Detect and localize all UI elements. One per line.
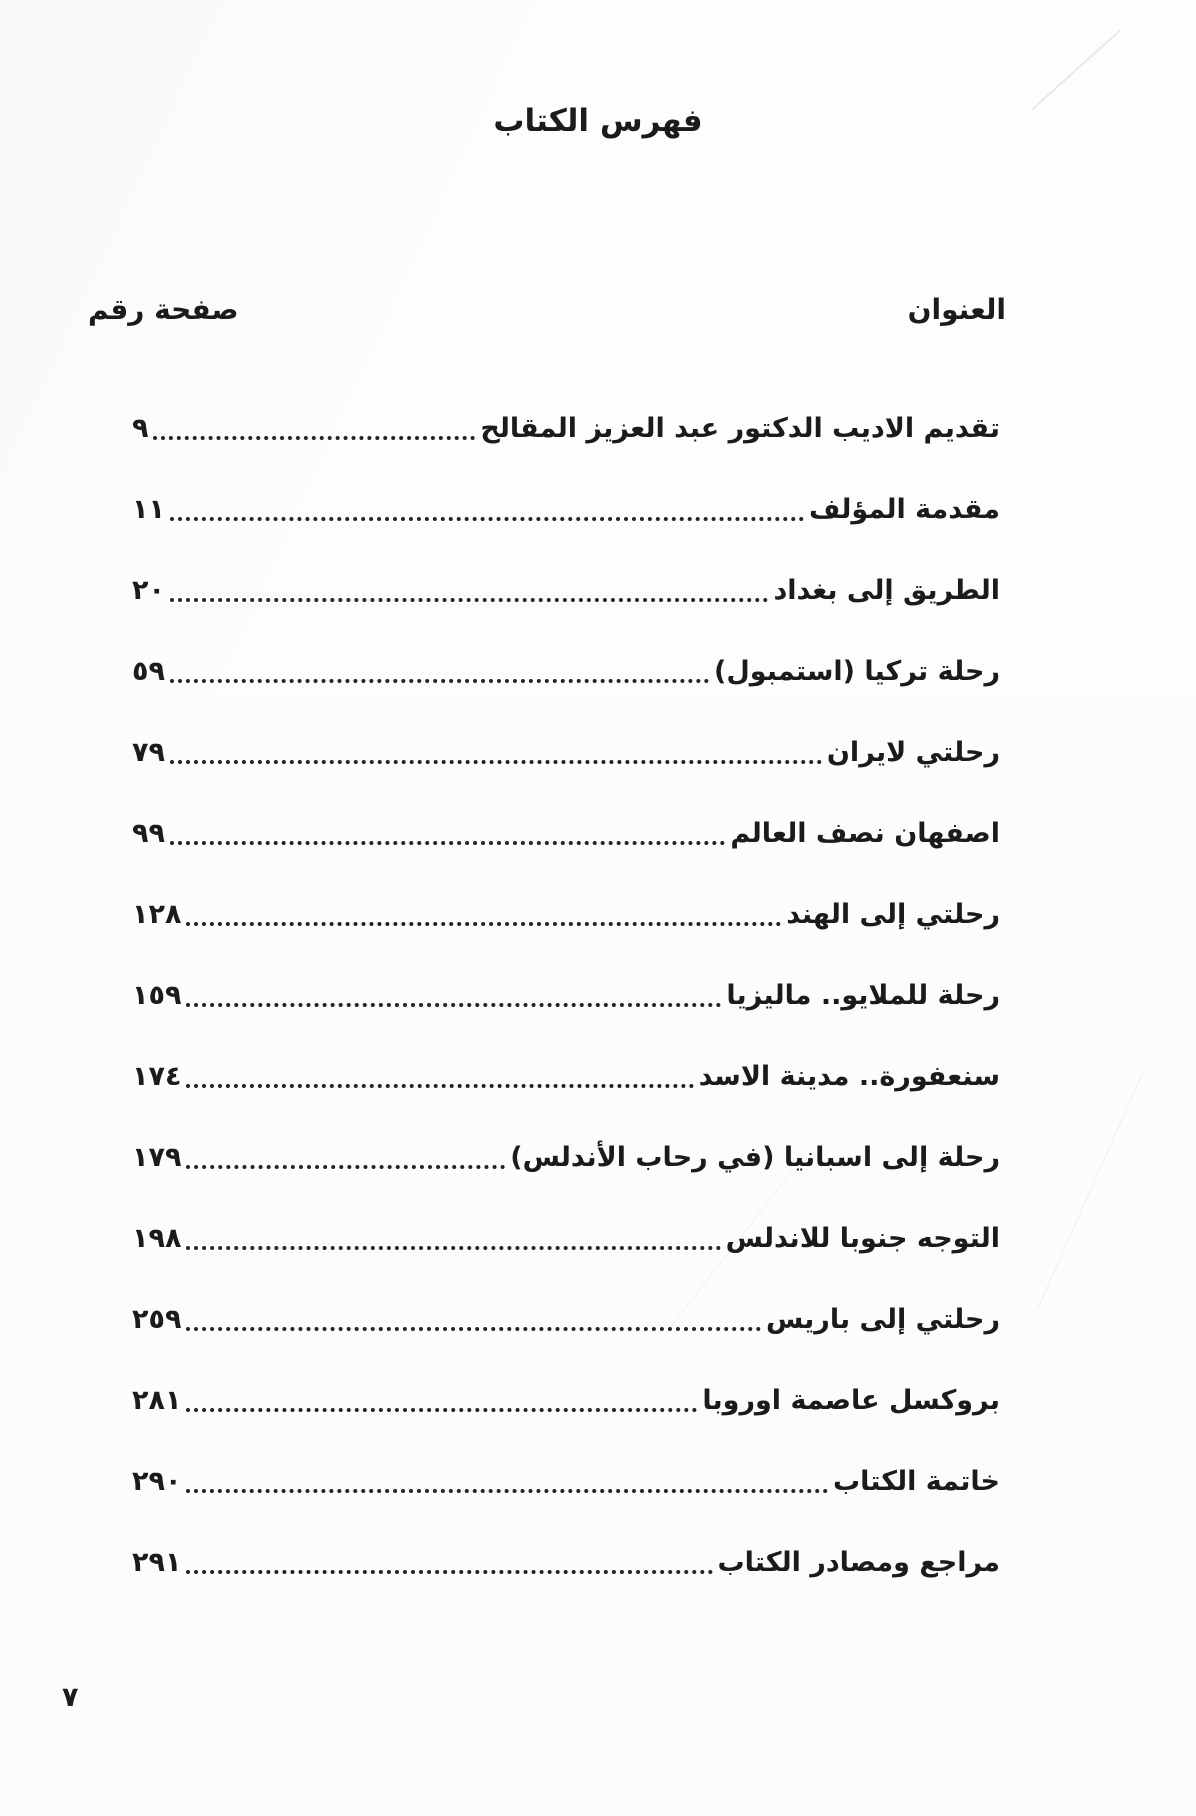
toc-entry: الطريق إلى بغداد ٢٠ [132,550,1000,631]
dotted-leader [170,598,768,602]
toc-entry-title: خاتمة الكتاب [833,1466,1000,1497]
dotted-leader [186,1489,828,1493]
toc-list: تقديم الاديب الدكتور عبد العزيز المقالح … [132,388,1000,1603]
toc-entry: التوجه جنوبا للاندلس ١٩٨ [132,1198,1000,1279]
toc-entry: رحلتي إلى الهند ١٢٨ [132,874,1000,955]
toc-entry-title: سنعفورة.. مدينة الاسد [699,1061,1000,1092]
toc-entry: رحلة للملايو.. ماليزيا ١٥٩ [132,955,1000,1036]
toc-entry-page: ٩ [132,413,148,444]
dotted-leader [186,1570,712,1574]
toc-entry-page: ٢٩١ [132,1547,181,1578]
dotted-leader [170,841,725,845]
toc-entry-title: تقديم الاديب الدكتور عبد العزيز المقالح [480,413,1000,444]
toc-entry: رحلتي إلى باريس ٢٥٩ [132,1279,1000,1360]
toc-entry-page: ١٧٩ [132,1142,181,1173]
dotted-leader [170,517,804,521]
scan-crease-artifact [1037,1071,1144,1309]
toc-entry-page: ١٥٩ [132,980,181,1011]
toc-entry: سنعفورة.. مدينة الاسد ١٧٤ [132,1036,1000,1117]
folio-page-number: ٧ [62,1682,78,1713]
toc-entry-title: رحلتي لايران [827,737,1000,768]
toc-entry-page: ٧٩ [132,737,165,768]
toc-entry-title: رحلتي إلى الهند [786,899,1000,930]
toc-entry-page: ١١ [132,494,165,525]
toc-entry-page: ١٩٨ [132,1223,181,1254]
dotted-leader [186,1246,720,1250]
scanned-toc-page: فهرس الكتاب العنوان صفحة رقم تقديم الادي… [0,0,1196,1816]
dotted-leader [170,760,822,764]
toc-entry: رحلة تركيا (استمبول) ٥٩ [132,631,1000,712]
toc-entry-page: ٢٠ [132,575,165,606]
toc-entry-page: ٢٥٩ [132,1304,181,1335]
dotted-leader [186,1165,505,1169]
toc-entry-title: رحلتي إلى باريس [766,1304,1000,1335]
dotted-leader [186,1408,697,1412]
dotted-leader [186,922,781,926]
column-header-title: العنوان [908,293,1006,326]
toc-entry-page: ٩٩ [132,818,165,849]
toc-entry-title: رحلة تركيا (استمبول) [714,656,1000,687]
toc-entry-page: ١٢٨ [132,899,181,930]
dotted-leader [186,1003,721,1007]
toc-entry-title: رحلة إلى اسبانيا (في رحاب الأندلس) [510,1142,1000,1173]
toc-entry-title: التوجه جنوبا للاندلس [726,1223,1000,1254]
toc-entry-title: الطريق إلى بغداد [773,575,1000,606]
toc-entry-page: ٢٨١ [132,1385,181,1416]
toc-entry-title: رحلة للملايو.. ماليزيا [726,980,1000,1011]
toc-entry-page: ١٧٤ [132,1061,181,1092]
toc-entry: تقديم الاديب الدكتور عبد العزيز المقالح … [132,388,1000,469]
column-header-page: صفحة رقم [88,293,239,326]
toc-entry-title: بروكسل عاصمة اوروبا [702,1385,1000,1416]
scan-crease-artifact [1031,29,1122,111]
toc-entry-title: اصفهان نصف العالم [730,818,1000,849]
toc-entry: رحلتي لايران ٧٩ [132,712,1000,793]
toc-entry: رحلة إلى اسبانيا (في رحاب الأندلس) ١٧٩ [132,1117,1000,1198]
toc-entry-title: مراجع ومصادر الكتاب [718,1547,1001,1578]
toc-entry: مقدمة المؤلف ١١ [132,469,1000,550]
toc-entry: خاتمة الكتاب ٢٩٠ [132,1441,1000,1522]
dotted-leader [153,436,475,440]
dotted-leader [186,1084,693,1088]
dotted-leader [170,679,709,683]
toc-entry: بروكسل عاصمة اوروبا ٢٨١ [132,1360,1000,1441]
toc-entry-page: ٢٩٠ [132,1466,181,1497]
toc-entry-title: مقدمة المؤلف [809,494,1000,525]
columns-header: العنوان صفحة رقم [88,293,1006,326]
page-title: فهرس الكتاب [0,103,1196,139]
dotted-leader [186,1327,761,1331]
toc-entry-page: ٥٩ [132,656,165,687]
toc-entry: اصفهان نصف العالم ٩٩ [132,793,1000,874]
toc-entry: مراجع ومصادر الكتاب ٢٩١ [132,1522,1000,1603]
